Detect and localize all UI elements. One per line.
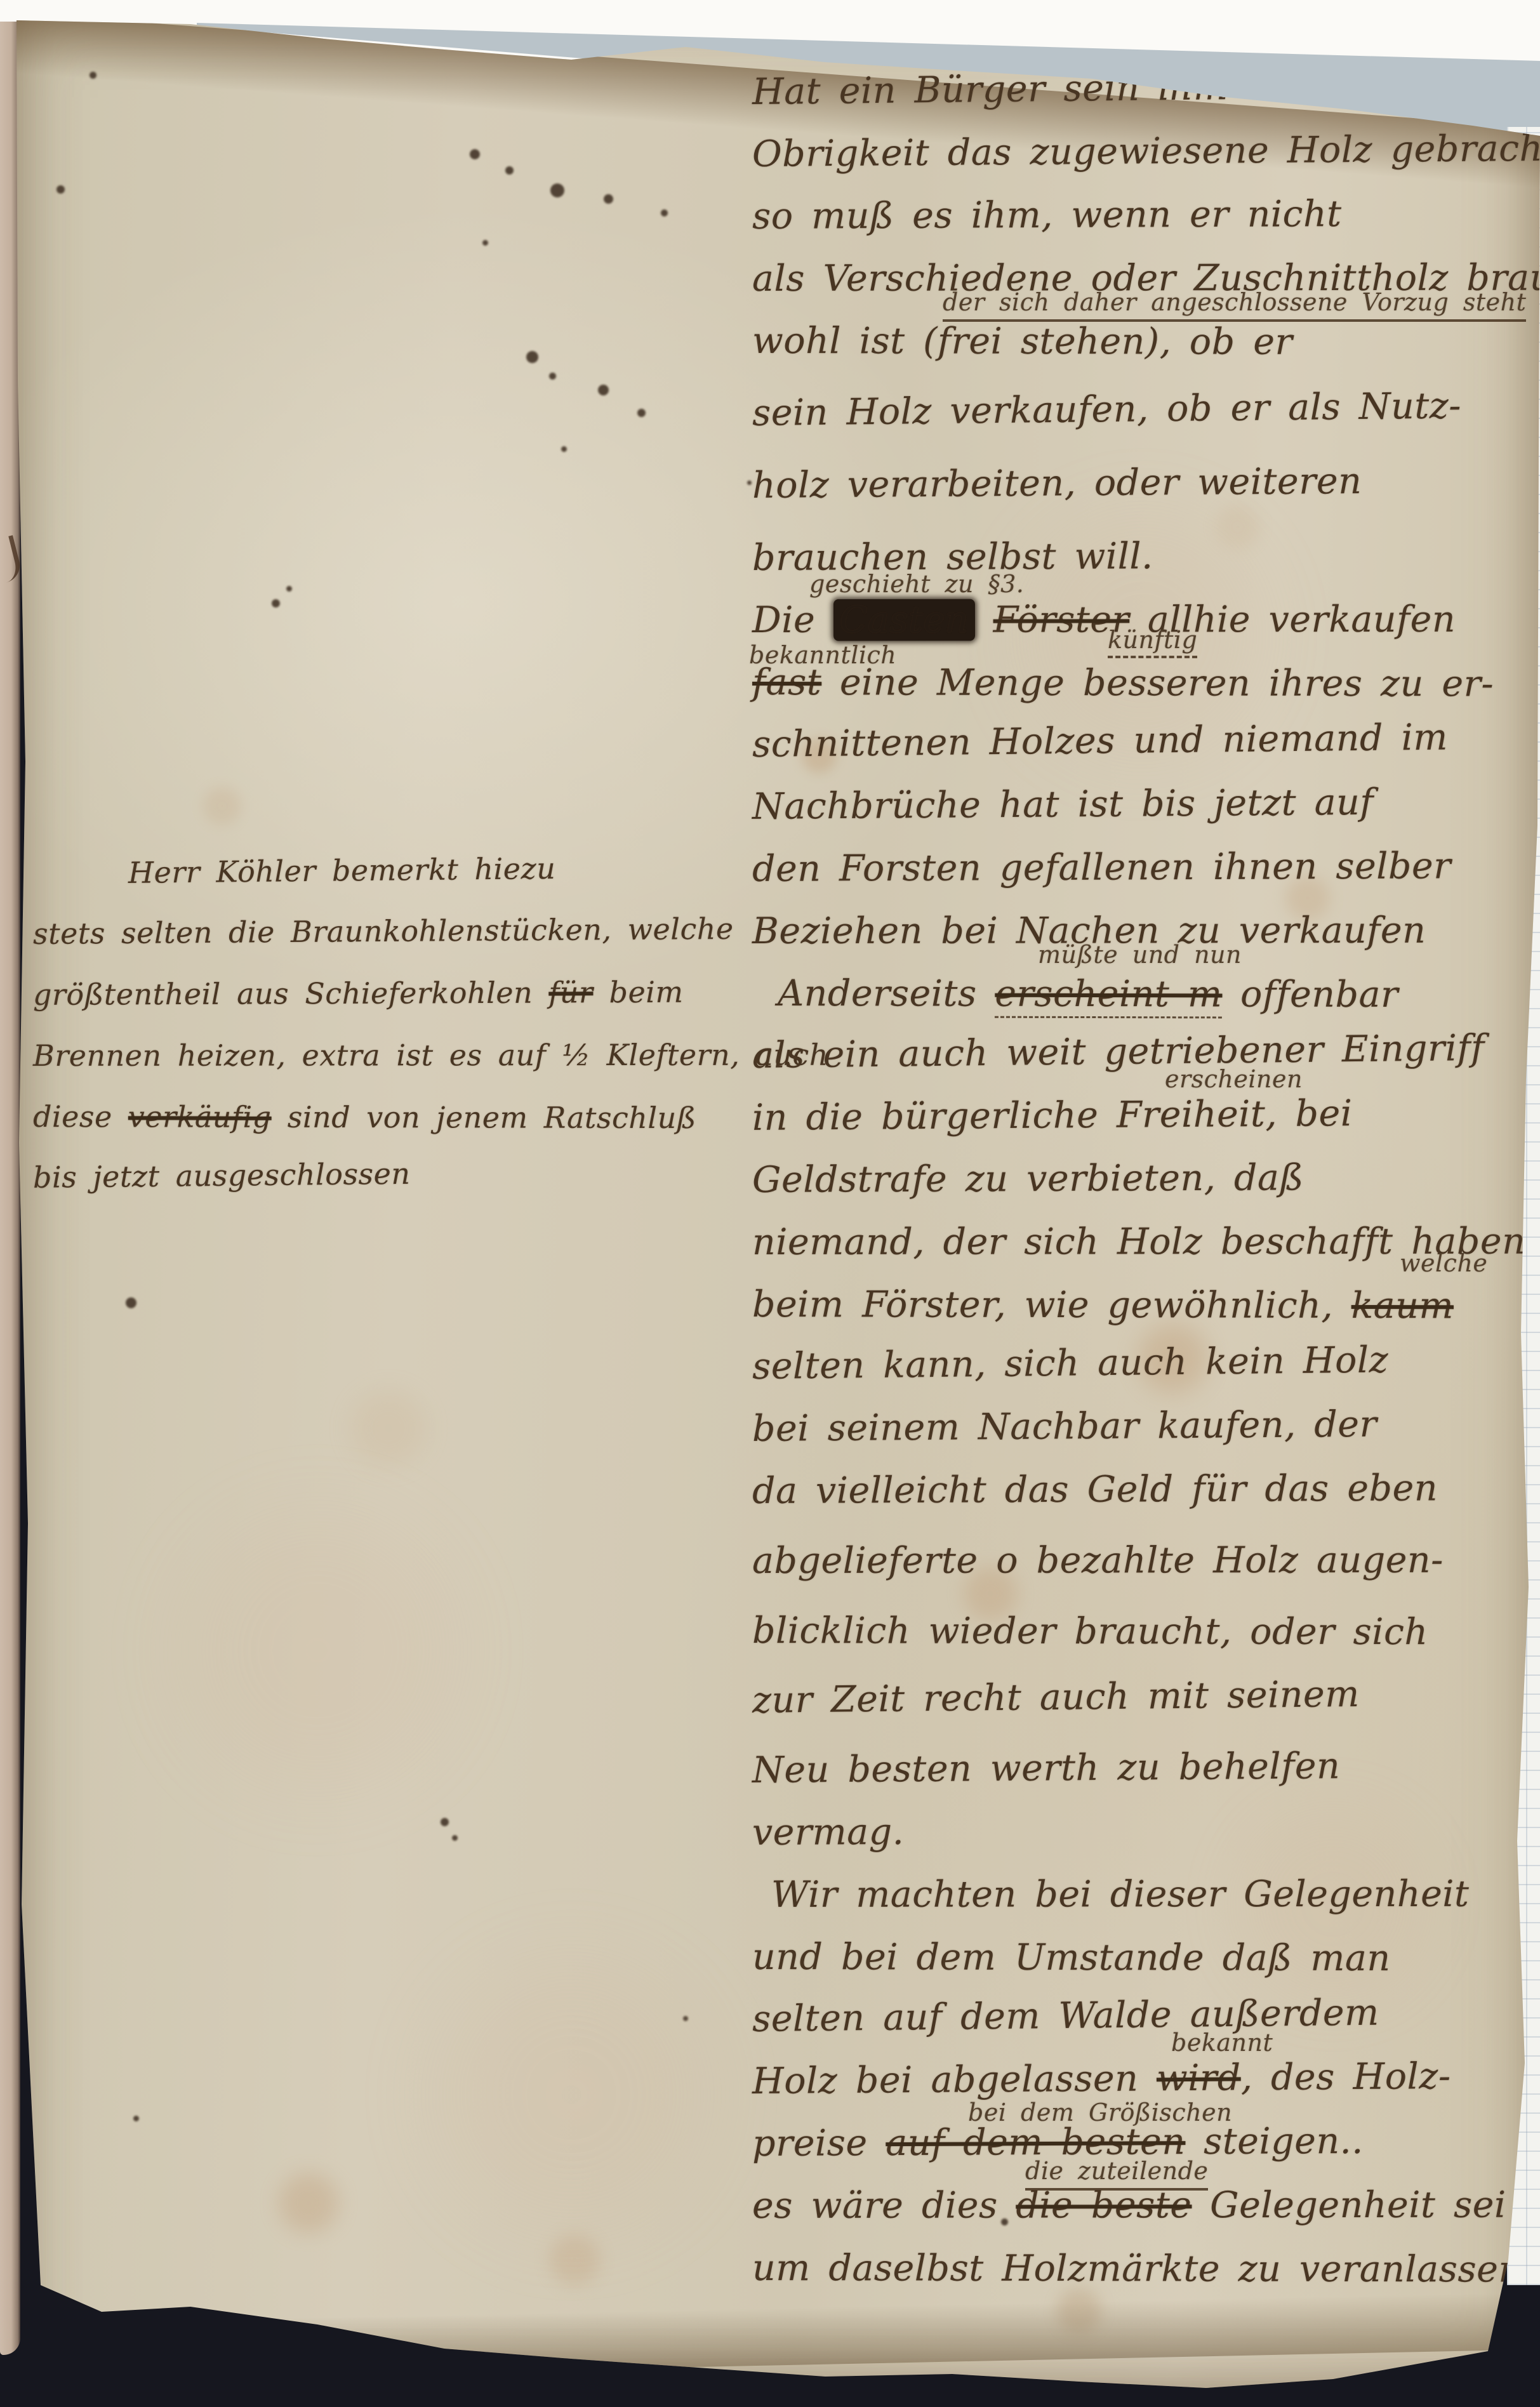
word-run: Brennen heizen, extra ist es auf ½ Kleft…: [33, 1038, 828, 1073]
interline-insertion: geschieht zu §3.: [809, 570, 1024, 598]
text-line: den Forsten gefallenen ihnen selber: [752, 845, 1451, 890]
struck-word: die beste: [1016, 2184, 1192, 2226]
text-line: Herr Köhler bemerkt hiezu: [128, 851, 556, 890]
word-run: Obrigkeit das zugewiesene Holz gebracht: [752, 128, 1540, 175]
ink-fleck: [661, 209, 668, 216]
ink-fleck: [470, 149, 480, 159]
word-run: welche: [1400, 1249, 1487, 1277]
word-run: als ein auch weit getriebener Eingriff: [752, 1027, 1485, 1077]
text-line: bei seinem Nachbar kaufen, der: [752, 1403, 1377, 1450]
word-run: künftig: [1108, 626, 1197, 654]
struck-word: erscheint m: [995, 973, 1222, 1019]
word-run: Anderseits: [778, 972, 995, 1015]
word-run: Herr Köhler bemerkt hiezu: [128, 851, 556, 890]
word-run: Holz bei abgelassen: [752, 2057, 1157, 2102]
paper-stain: [549, 2234, 600, 2285]
word-run: geschieht zu §3.: [809, 570, 1024, 598]
word-run: steigen..: [1185, 2120, 1364, 2163]
text-line: so muß es ihm, wenn er nicht: [752, 193, 1342, 237]
text-line: abgelieferte o bezahlte Holz augen-: [752, 1539, 1444, 1582]
ink-fleck: [598, 385, 609, 395]
interline-insertion: der sich daher angeschlossene Vorzug ste…: [943, 288, 1526, 322]
interline-insertion: künftig: [1108, 626, 1197, 658]
text-line: stets selten die Braunkohlenstücken, wel…: [33, 912, 734, 951]
binding-strip: [0, 22, 20, 2355]
word-run: zur Zeit recht auch mit seinem: [752, 1673, 1360, 1721]
word-run: [975, 599, 993, 641]
ink-fleck: [56, 185, 65, 194]
text-line: diese verkäufig sind von jenem Ratschluß: [33, 1099, 696, 1135]
ink-fleck: [505, 166, 514, 175]
ink-fleck: [126, 1297, 136, 1308]
struck-word: fast: [752, 661, 821, 703]
word-run: , des Holz-: [1240, 2055, 1450, 2099]
word-run: bekannt: [1171, 2029, 1273, 2057]
text-line: zur Zeit recht auch mit seinem: [752, 1673, 1360, 1721]
manuscript-page: 53. Herr Köhler bemerkt hiezustets selte…: [0, 0, 1540, 2407]
text-line: und bei dem Umstande daß man: [752, 1936, 1391, 1979]
word-run: erscheinen: [1165, 1065, 1303, 1093]
ink-fleck: [286, 586, 292, 592]
ink-fleck: [747, 481, 752, 485]
word-run: da vielleicht das Geld für das eben: [752, 1467, 1438, 1512]
ink-fleck: [133, 2116, 139, 2121]
text-line: es wäre dies die beste Gelegenheit sei: [752, 2184, 1506, 2227]
ink-fleck: [441, 1818, 449, 1826]
text-line: als ein auch weit getriebener Eingriff: [752, 1027, 1485, 1077]
interline-insertion: welche: [1400, 1249, 1487, 1277]
struck-word: für: [548, 975, 593, 1009]
text-line: holz verarbeiten, oder weiteren: [752, 460, 1362, 507]
word-run: beim Förster, wie gewöhnlich,: [752, 1283, 1351, 1327]
previous-page-ink-fragment: [0, 535, 23, 583]
word-run: der sich daher angeschlossene Vorzug ste…: [943, 288, 1526, 316]
word-run: selten auf dem Walde außerdem: [752, 1992, 1379, 2040]
ink-fleck: [604, 194, 613, 204]
text-line: beim Förster, wie gewöhnlich, kaum: [752, 1283, 1454, 1327]
word-run: selten kann, sich auch kein Holz: [752, 1339, 1389, 1388]
word-run: offenbar: [1222, 973, 1398, 1016]
ink-fleck: [482, 240, 488, 246]
text-line: Obrigkeit das zugewiesene Holz gebracht: [752, 128, 1540, 175]
text-line: Neu besten werth zu behelfen: [752, 1745, 1341, 1791]
interline-insertion: erscheinen: [1165, 1065, 1303, 1093]
word-run: wohl ist (frei stehen), ob er: [752, 320, 1292, 363]
text-line: bis jetzt ausgeschlossen: [33, 1157, 411, 1195]
word-run: Nachbrüche hat ist bis jetzt auf: [752, 781, 1374, 828]
word-run: Wir machten bei dieser Gelegenheit: [771, 1873, 1469, 1916]
word-run: abgelieferte o bezahlte Holz augen-: [752, 1539, 1444, 1582]
struck-word: verkäufig: [128, 1099, 272, 1134]
word-run: Gelegenheit sei: [1192, 2184, 1506, 2227]
ink-fleck: [550, 183, 564, 197]
interline-insertion: bekannt: [1171, 2029, 1273, 2057]
ink-fleck: [272, 599, 280, 607]
word-run: vermag.: [752, 1811, 905, 1853]
word-run: und bei dem Umstande daß man: [752, 1936, 1391, 1979]
word-run: in die bürgerliche Freiheit, bei: [752, 1092, 1353, 1139]
word-run: den Forsten gefallenen ihnen selber: [752, 845, 1451, 890]
word-run: preise: [752, 2122, 886, 2165]
word-run: müßte und nun: [1038, 941, 1242, 969]
word-run: die zuteilende: [1025, 2157, 1208, 2185]
paper-stain: [184, 1517, 451, 1784]
blotted-out-word: Casten: [833, 599, 975, 641]
text-line: Die Casten Förster allhie verkaufen: [752, 599, 1456, 641]
word-run: Geldstrafe zu verbieten, daß: [752, 1157, 1304, 1201]
text-line: in die bürgerliche Freiheit, bei: [752, 1092, 1353, 1139]
struck-word: kaum: [1351, 1285, 1454, 1327]
text-line: wohl ist (frei stehen), ob er: [752, 320, 1292, 363]
ink-fleck: [637, 409, 646, 417]
word-run: um daselbst Holzmärkte zu veranlassen.: [752, 2247, 1534, 2291]
paper-stain: [279, 2173, 339, 2233]
word-run: größtentheil aus Schieferkohlen: [33, 976, 549, 1012]
word-run: holz verarbeiten, oder weiteren: [752, 460, 1362, 507]
word-run: sein Holz verkaufen, ob er als Nutz-: [752, 385, 1462, 434]
word-run: so muß es ihm, wenn er nicht: [752, 193, 1342, 237]
ink-fleck: [561, 446, 567, 452]
text-line: selten kann, sich auch kein Holz: [752, 1339, 1389, 1388]
word-run: Die: [752, 599, 833, 641]
paper-stain: [438, 1961, 705, 2228]
ink-fleck: [683, 2016, 688, 2021]
word-run: bis jetzt ausgeschlossen: [33, 1157, 411, 1195]
paper-stain: [1057, 2288, 1101, 2333]
word-run: schnittenen Holzes und niemand im: [752, 717, 1448, 766]
text-line: selten auf dem Walde außerdem: [752, 1992, 1379, 2040]
text-line: fast eine Menge besseren ihres zu er-: [752, 661, 1494, 705]
text-line: größtentheil aus Schieferkohlen für beim: [33, 975, 684, 1012]
word-run: sind von jenem Ratschluß: [272, 1100, 696, 1135]
word-run: eine Menge besseren ihres zu er-: [821, 661, 1494, 705]
text-line: sein Holz verkaufen, ob er als Nutz-: [752, 385, 1462, 434]
text-line: Holz bei abgelassen wird, des Holz-: [752, 2055, 1451, 2102]
text-line: schnittenen Holzes und niemand im: [752, 717, 1448, 766]
word-run: stets selten die Braunkohlenstücken, wel…: [33, 912, 734, 951]
ink-fleck: [90, 72, 96, 79]
interline-insertion: müßte und nun: [1038, 941, 1242, 969]
text-line: Geldstrafe zu verbieten, daß: [752, 1157, 1304, 1201]
paper-stain: [1216, 505, 1260, 549]
text-line: da vielleicht das Geld für das eben: [752, 1467, 1438, 1512]
word-run: blicklich wieder braucht, oder sich: [752, 1610, 1428, 1653]
paper-stain: [203, 787, 241, 825]
word-run: Neu besten werth zu behelfen: [752, 1745, 1341, 1791]
ink-fleck: [526, 351, 538, 363]
struck-word: wird: [1157, 2057, 1241, 2099]
text-line: Anderseits erscheint m offenbar: [778, 972, 1398, 1016]
text-line: Wir machten bei dieser Gelegenheit: [771, 1873, 1469, 1916]
word-run: diese: [33, 1099, 128, 1134]
text-line: um daselbst Holzmärkte zu veranlassen.: [752, 2247, 1534, 2291]
text-line: vermag.: [752, 1811, 905, 1853]
text-line: blicklich wieder braucht, oder sich: [752, 1610, 1428, 1653]
word-run: es wäre dies: [752, 2185, 1016, 2227]
text-line: Nachbrüche hat ist bis jetzt auf: [752, 781, 1374, 828]
ink-fleck: [452, 1835, 458, 1841]
word-run: bei seinem Nachbar kaufen, der: [752, 1403, 1377, 1450]
text-line: Brennen heizen, extra ist es auf ½ Kleft…: [33, 1038, 828, 1073]
word-run: beim: [593, 975, 683, 1010]
ink-fleck: [549, 373, 556, 380]
paper-stain: [350, 1390, 427, 1466]
